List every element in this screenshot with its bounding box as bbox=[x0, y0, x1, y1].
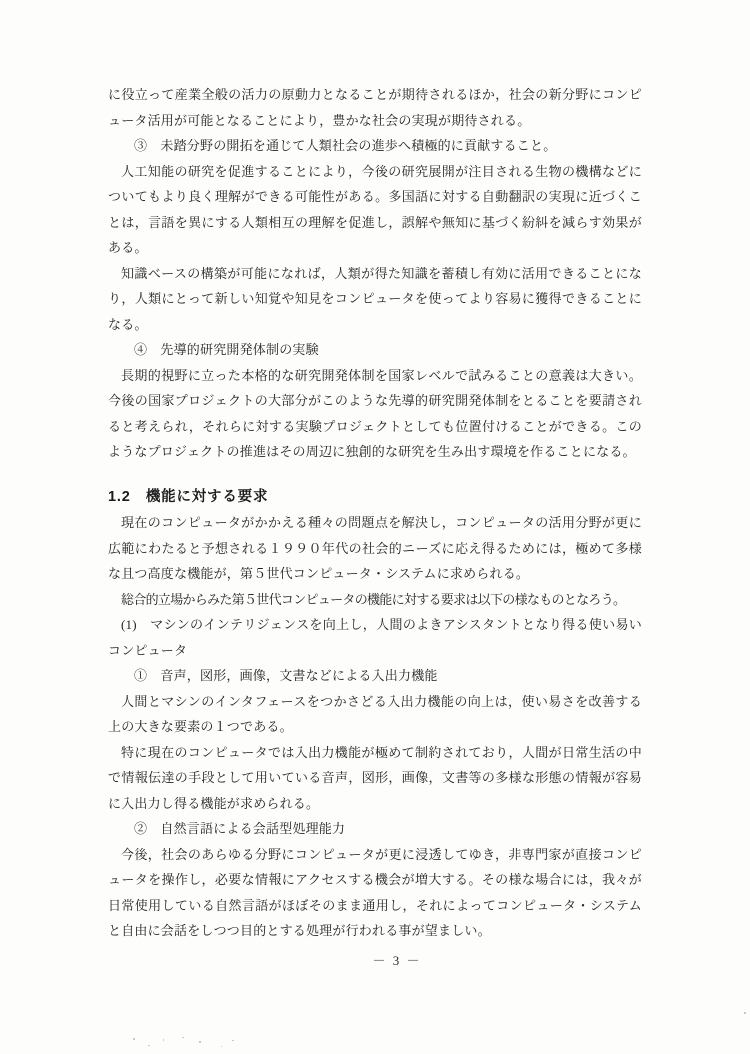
page-number: － 3 － bbox=[130, 950, 664, 969]
paragraph: 現在のコンピュータがかかえる種々の問題点を解決し，コンピュータの活用分野が更に広… bbox=[108, 510, 642, 587]
continuation-paragraph: に役立って産業全般の活力の原動力となることが期待されるほか，社会の新分野にコンピ… bbox=[108, 82, 642, 133]
paragraph: 今後，社会のあらゆる分野にコンピュータが更に浸透してゆき，非専門家が直接コンピュ… bbox=[108, 842, 642, 944]
item-circle-1: ① 音声，図形，画像，文書などによる入出力機能 bbox=[108, 663, 642, 689]
paragraph-single-line: 総合的立場からみた第５世代コンピュータの機能に対する要求は以下の様なものとなろう… bbox=[108, 587, 642, 613]
scan-speckle bbox=[133, 1038, 135, 1040]
item-circle-3: ③ 未踏分野の開拓を通じて人類社会の進歩へ積極的に貢献すること。 bbox=[108, 133, 642, 159]
paragraph: 人間とマシンのインタフェースをつかさどる入出力機能の向上は，使い易さを改善する上… bbox=[108, 689, 642, 740]
scan-speckle bbox=[744, 1012, 746, 1014]
paragraph: 特に現在のコンピュータでは入出力機能が極めて制約されており，人間が日常生活の中で… bbox=[108, 740, 642, 817]
scan-speckle bbox=[148, 1045, 150, 1046]
item-circle-2: ② 自然言語による会話型処理能力 bbox=[108, 816, 642, 842]
scanned-document-page: に役立って産業全般の活力の原動力となることが期待されるほか，社会の新分野にコンピ… bbox=[0, 0, 750, 1054]
scan-speckle bbox=[232, 1040, 234, 1041]
item-paren-1: (1) マシンのインテリジェンスを向上し，人間のよきアシスタントとなり得る使い易… bbox=[108, 612, 642, 663]
scan-speckle bbox=[182, 1037, 184, 1038]
paragraph: 人工知能の研究を促進することにより，今後の研究展開が注目される生物の機構などにつ… bbox=[108, 159, 642, 261]
section-heading: 1.2 機能に対する要求 bbox=[108, 485, 642, 511]
paragraph: 知識ベースの構築が可能になれば，人類が得た知識を蓄積し有効に活用できることになり… bbox=[108, 261, 642, 338]
item-circle-4: ④ 先導的研究開発体制の実験 bbox=[108, 337, 642, 363]
document-body: に役立って産業全般の活力の原動力となることが期待されるほか，社会の新分野にコンピ… bbox=[108, 82, 642, 944]
scan-speckle bbox=[199, 1041, 201, 1043]
scan-speckle bbox=[221, 1046, 222, 1047]
paragraph: 長期的視野に立った本格的な研究開発体制を国家レベルで試みることの意義は大きい。今… bbox=[108, 363, 642, 465]
scan-speckle bbox=[163, 1039, 164, 1041]
